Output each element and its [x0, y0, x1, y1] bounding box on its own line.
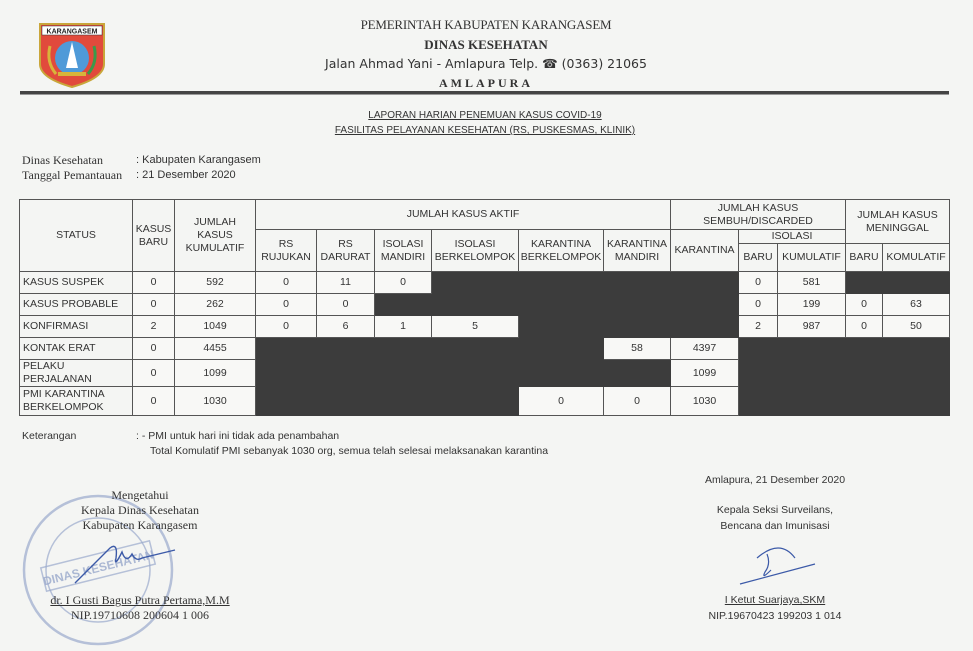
right-signer-nip: NIP.19670423 199203 1 014	[665, 608, 885, 624]
header-isolasi-berkelompok: ISOLASI BERKELOMPOK	[432, 230, 519, 272]
right-signature-block: Kepala Seksi Surveilans, Bencana dan Imu…	[665, 502, 885, 534]
report-subtitle: FASILITAS PELAYANAN KESEHATAN (RS, PUSKE…	[250, 125, 720, 136]
table-row: KASUS SUSPEK059201100581	[20, 272, 950, 294]
row-status-label: PMI KARANTINA BERKELOMPOK	[20, 387, 133, 416]
value-cell: 6	[317, 316, 375, 338]
value-cell: 0	[256, 316, 317, 338]
header-meninggal: JUMLAH KASUS MENINGGAL	[846, 200, 950, 244]
value-cell: 0	[133, 360, 175, 387]
value-cell: 1099	[671, 360, 739, 387]
header-isolasi: ISOLASI	[739, 230, 846, 244]
letterhead-city: AMLAPURA	[300, 76, 672, 91]
left-sig-line-3: Kabupaten Karangasem	[20, 518, 260, 533]
row-status-label: KONFIRMASI	[20, 316, 133, 338]
value-cell: 2	[133, 316, 175, 338]
value-cell: 0	[133, 387, 175, 416]
covid-case-table: STATUS KASUS BARU JUMLAH KASUS KUMULATIF…	[19, 199, 950, 416]
header-rs-rujukan: RS RUJUKAN	[256, 230, 317, 272]
shaded-cell	[846, 360, 883, 387]
table-row: PMI KARANTINA BERKELOMPOK01030001030	[20, 387, 950, 416]
value-cell: 11	[317, 272, 375, 294]
value-cell: 2	[739, 316, 778, 338]
letterhead-rule	[20, 91, 949, 95]
shaded-cell	[883, 272, 950, 294]
shaded-cell	[317, 338, 375, 360]
shaded-cell	[519, 360, 604, 387]
shaded-cell	[671, 272, 739, 294]
value-cell: 0	[846, 316, 883, 338]
header-isolasi-mandiri: ISOLASI MANDIRI	[375, 230, 432, 272]
left-signer-nip: NIP.19710608 200604 1 006	[20, 608, 260, 623]
value-cell: 58	[604, 338, 671, 360]
left-signature-scribble-icon	[70, 538, 180, 588]
shaded-cell	[778, 338, 846, 360]
shaded-cell	[256, 387, 317, 416]
value-cell: 0	[739, 272, 778, 294]
left-signer-name: dr. I Gusti Bagus Putra Pertama,M.M	[20, 593, 260, 608]
value-cell: 0	[133, 272, 175, 294]
table-row: KONFIRMASI2104906152987050	[20, 316, 950, 338]
right-signer-name: I Ketut Suarjaya,SKM	[665, 592, 885, 608]
shaded-cell	[519, 338, 604, 360]
header-isolasi-baru: BARU	[739, 244, 778, 272]
shaded-cell	[317, 387, 375, 416]
value-cell: 262	[175, 294, 256, 316]
shaded-cell	[883, 387, 950, 416]
shaded-cell	[778, 360, 846, 387]
shaded-cell	[519, 294, 604, 316]
shaded-cell	[256, 338, 317, 360]
value-cell: 5	[432, 316, 519, 338]
shaded-cell	[604, 294, 671, 316]
shaded-cell	[317, 360, 375, 387]
shaded-cell	[739, 387, 778, 416]
shaded-cell	[883, 338, 950, 360]
value-cell: 63	[883, 294, 950, 316]
dinas-label: Dinas Kesehatan	[22, 153, 103, 168]
header-meninggal-baru: BARU	[846, 244, 883, 272]
value-cell: 592	[175, 272, 256, 294]
shaded-cell	[432, 338, 519, 360]
shaded-cell	[671, 316, 739, 338]
value-cell: 0	[256, 294, 317, 316]
shaded-cell	[519, 316, 604, 338]
right-place-date: Amlapura, 21 Desember 2020	[665, 472, 885, 488]
shaded-cell	[846, 387, 883, 416]
shaded-cell	[432, 387, 519, 416]
shaded-cell	[432, 294, 519, 316]
row-status-label: PELAKU PERJALANAN	[20, 360, 133, 387]
notes-line-1: : - PMI untuk hari ini tidak ada penamba…	[136, 430, 339, 442]
date-label: Tanggal Pemantauan	[22, 168, 122, 183]
left-sig-line-2: Kepala Dinas Kesehatan	[20, 503, 260, 518]
letterhead-office: DINAS KESEHATAN	[300, 37, 672, 53]
header-karantina-berkelompok: KARANTINA BERKELOMPOK	[519, 230, 604, 272]
shaded-cell	[604, 360, 671, 387]
shaded-cell	[375, 360, 432, 387]
value-cell: 0	[133, 294, 175, 316]
shaded-cell	[432, 360, 519, 387]
shaded-cell	[883, 360, 950, 387]
shaded-cell	[846, 338, 883, 360]
value-cell: 0	[133, 338, 175, 360]
header-karantina: KARANTINA	[671, 230, 739, 272]
row-status-label: KASUS SUSPEK	[20, 272, 133, 294]
row-status-label: KONTAK ERAT	[20, 338, 133, 360]
header-isolasi-kumulatif: KUMULATIF	[778, 244, 846, 272]
value-cell: 0	[317, 294, 375, 316]
shaded-cell	[375, 387, 432, 416]
shaded-cell	[375, 294, 432, 316]
dinas-value: : Kabupaten Karangasem	[136, 154, 261, 166]
header-rs-darurat: RS DARURAT	[317, 230, 375, 272]
value-cell: 1049	[175, 316, 256, 338]
shaded-cell	[671, 294, 739, 316]
shaded-cell	[256, 360, 317, 387]
shaded-cell	[432, 272, 519, 294]
value-cell: 0	[846, 294, 883, 316]
value-cell: 1099	[175, 360, 256, 387]
right-signature-scribble-icon	[735, 540, 835, 590]
shaded-cell	[375, 338, 432, 360]
value-cell: 1030	[671, 387, 739, 416]
right-sig-line-2: Bencana dan Imunisasi	[665, 518, 885, 534]
value-cell: 1	[375, 316, 432, 338]
notes-line-2: Total Komulatif PMI sebanyak 1030 org, s…	[150, 445, 548, 457]
table-row: KASUS PROBABLE0262000199063	[20, 294, 950, 316]
header-karantina-mandiri: KARANTINA MANDIRI	[604, 230, 671, 272]
value-cell: 50	[883, 316, 950, 338]
left-sig-line-1: Mengetahui	[20, 488, 260, 503]
value-cell: 581	[778, 272, 846, 294]
karangasem-coat-of-arms-icon: KARANGASEM	[38, 22, 106, 88]
header-sembuh-discarded: JUMLAH KASUS SEMBUH/DISCARDED	[671, 200, 846, 230]
notes-label: Keterangan	[22, 430, 76, 442]
value-cell: 0	[375, 272, 432, 294]
row-status-label: KASUS PROBABLE	[20, 294, 133, 316]
shaded-cell	[846, 272, 883, 294]
letterhead-address: Jalan Ahmad Yani - Amlapura Telp. ☎ (036…	[300, 56, 672, 71]
header-kasus-baru: KASUS BARU	[133, 200, 175, 272]
value-cell: 4455	[175, 338, 256, 360]
right-sig-line-1: Kepala Seksi Surveilans,	[665, 502, 885, 518]
shaded-cell	[519, 272, 604, 294]
value-cell: 1030	[175, 387, 256, 416]
header-kasus-aktif: JUMLAH KASUS AKTIF	[256, 200, 671, 230]
header-status: STATUS	[20, 200, 133, 272]
shaded-cell	[604, 316, 671, 338]
value-cell: 987	[778, 316, 846, 338]
shaded-cell	[604, 272, 671, 294]
shaded-cell	[739, 360, 778, 387]
table-row: KONTAK ERAT04455584397	[20, 338, 950, 360]
table-row: PELAKU PERJALANAN010991099	[20, 360, 950, 387]
value-cell: 0	[739, 294, 778, 316]
value-cell: 0	[256, 272, 317, 294]
header-jumlah-kumulatif: JUMLAH KASUS KUMULATIF	[175, 200, 256, 272]
date-value: : 21 Desember 2020	[136, 169, 236, 181]
left-signature-block: Mengetahui Kepala Dinas Kesehatan Kabupa…	[20, 488, 260, 533]
value-cell: 199	[778, 294, 846, 316]
svg-text:KARANGASEM: KARANGASEM	[47, 29, 98, 36]
header-meninggal-kumulatif: KOMULATIF	[883, 244, 950, 272]
value-cell: 0	[604, 387, 671, 416]
shaded-cell	[778, 387, 846, 416]
value-cell: 0	[519, 387, 604, 416]
letterhead-government: PEMERINTAH KABUPATEN KARANGASEM	[300, 17, 672, 33]
value-cell: 4397	[671, 338, 739, 360]
shaded-cell	[739, 338, 778, 360]
report-title: LAPORAN HARIAN PENEMUAN KASUS COVID-19	[250, 110, 720, 121]
